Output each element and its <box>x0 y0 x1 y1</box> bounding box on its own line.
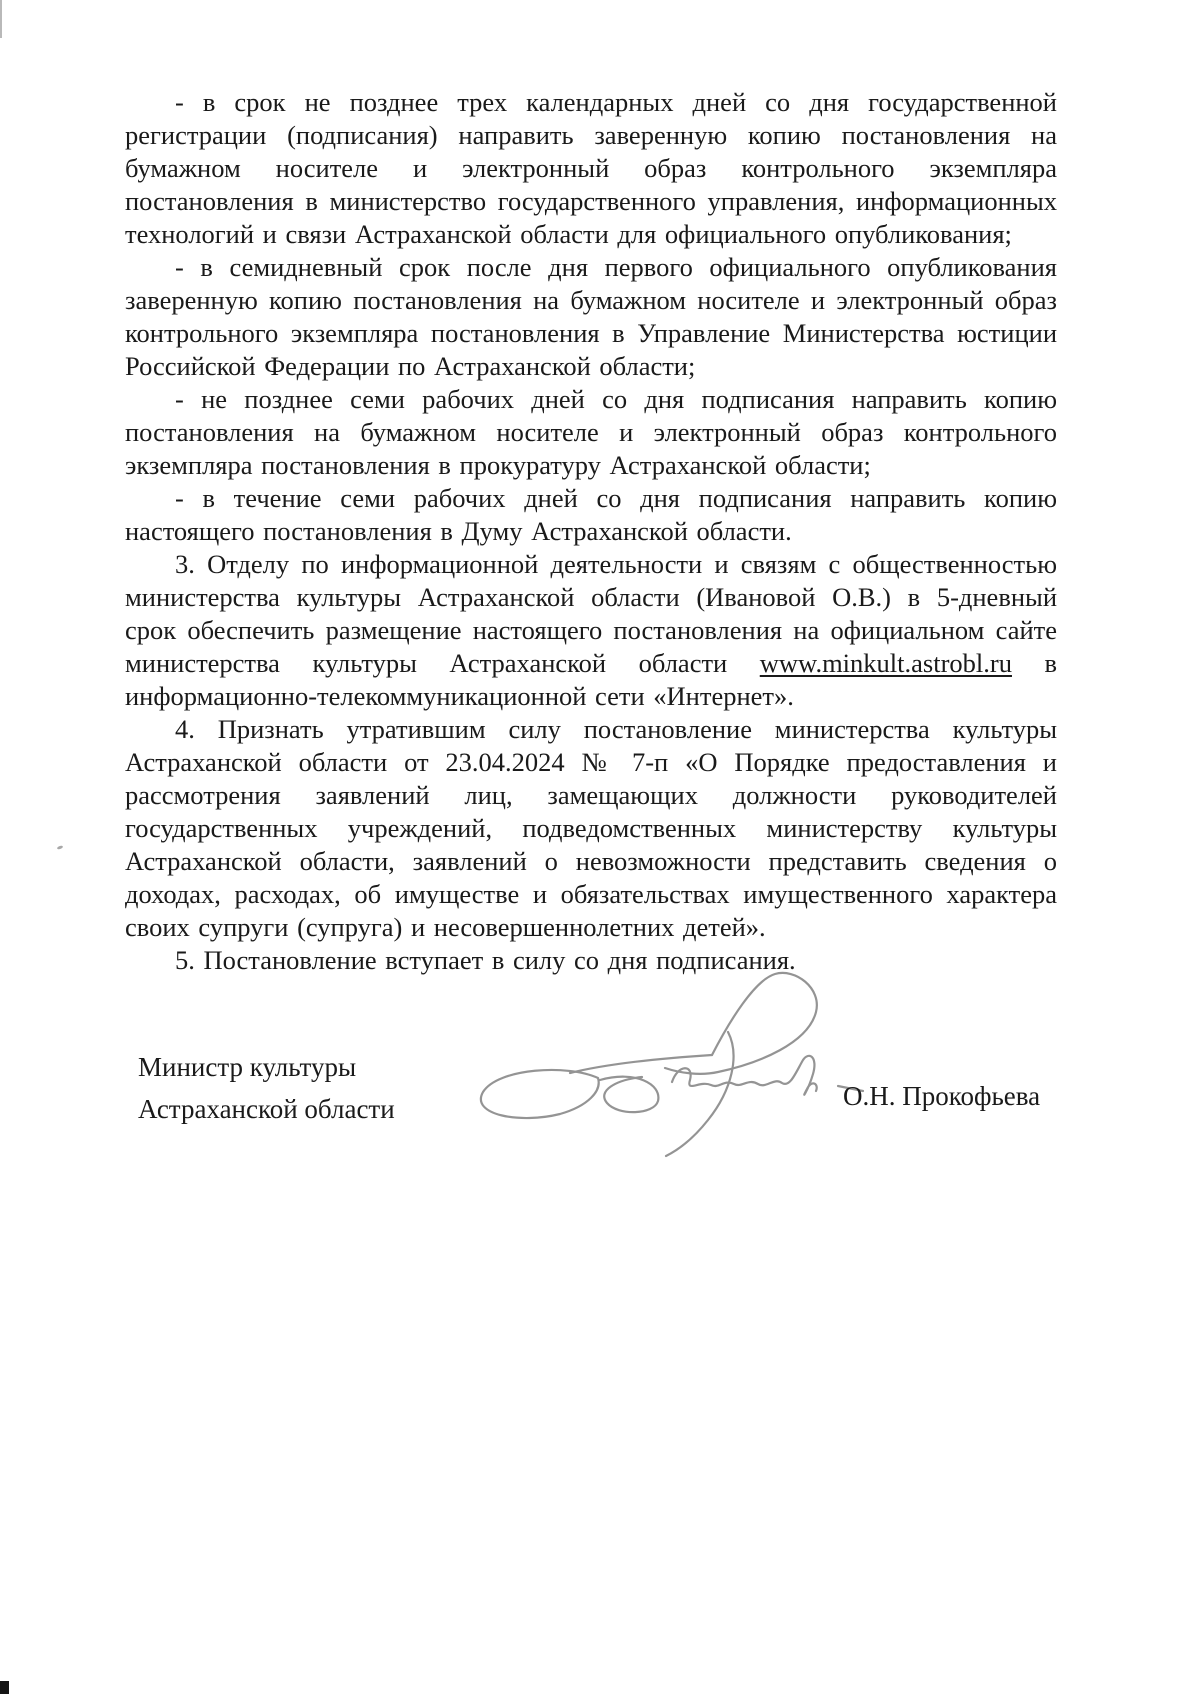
scan-speck-artifact <box>57 845 64 850</box>
paragraph-copy-to-prosecutor: - не позднее семи рабочих дней со дня по… <box>125 383 1057 482</box>
signature-title-line1: Министр культуры <box>138 1046 395 1088</box>
handwritten-signature <box>450 960 880 1170</box>
paragraph-item-3: 3. Отделу по информационной деятельности… <box>125 548 1057 713</box>
scan-edge-line-artifact <box>0 0 2 38</box>
signee-name: О.Н. Прокофьева <box>843 1080 1040 1112</box>
paragraph-item-4: 4. Признать утратившим силу постановлени… <box>125 713 1057 944</box>
paragraph-copy-to-justice-directorate: - в семидневный срок после дня первого о… <box>125 251 1057 383</box>
scan-corner-mark-artifact <box>0 1681 9 1694</box>
document-body: - в срок не позднее трех календарных дне… <box>125 86 1057 977</box>
signature-title-line2: Астраханской области <box>138 1088 395 1130</box>
minkult-site-link: www.minkult.astrobl.ru <box>760 648 1012 678</box>
signature-title: Министр культуры Астраханской области <box>138 1046 395 1130</box>
paragraph-copy-to-ministry: - в срок не позднее трех календарных дне… <box>125 86 1057 251</box>
scanned-document-page: - в срок не позднее трех календарных дне… <box>0 0 1200 1694</box>
paragraph-copy-to-duma: - в течение семи рабочих дней со дня под… <box>125 482 1057 548</box>
